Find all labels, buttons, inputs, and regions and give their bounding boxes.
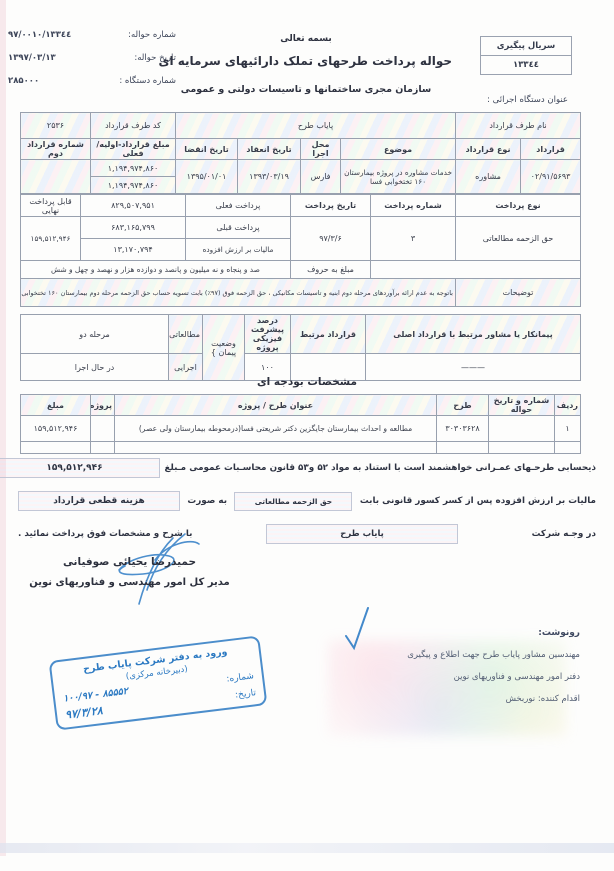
final-payable-value: ۱۵۹,۵۱۲,۹۴۶ (21, 217, 81, 261)
contract-second-no-value (21, 160, 91, 194)
payment-type-value: حق الزحمه مطالعاتی (456, 217, 581, 261)
current-payment-value: ۸۲۹,۵۰۷,۹۵۱ (81, 195, 186, 217)
page-title: حواله پرداخت طرحهای تملک دارائیهای سرمای… (160, 54, 452, 68)
stamp-number-label: شماره: (226, 671, 255, 684)
instruction-line1-pre: ذیحسابی طرحـهای عمـرانی خواهشمند است با … (164, 463, 596, 473)
party-name-value: پایاب طرح (176, 113, 456, 139)
vat-label: مالیات بر ارزش افزوده (186, 239, 291, 261)
budget-empty-3 (437, 442, 489, 454)
amount-words-spacer (371, 261, 581, 279)
payment-table: نوع پرداخت شماره پرداخت تاریخ پرداخت پرد… (20, 194, 581, 307)
device-number-row: شماره دستگاه : ۲۸۵۰۰۰ (8, 76, 176, 86)
voucher-date-value: ۱۳۹۷/۰۳/۱۳ (8, 53, 56, 63)
contract-expiry-header: تاریخ انقضا (176, 139, 238, 160)
tracking-serial-box: سریال پیگیری ۱۳۳٤٤ (480, 36, 572, 75)
contract-table: نام طرف قرارداد پایاب طرح کد طرف قرارداد… (20, 112, 581, 194)
pact-state-brace: { (211, 348, 216, 357)
status-table: پیمانکار یا مشاور مرتبط با قرارداد اصلی … (20, 314, 581, 381)
budget-empty-1 (555, 442, 581, 454)
contract-no-header: قرارداد (521, 139, 581, 160)
document-header: بسمه تعالی حواله پرداخت طرحهای تملک دارا… (160, 34, 452, 95)
contract-type-value: مشاوره (456, 160, 521, 194)
budget-section-title: مشخصات بودجه ای (0, 376, 614, 388)
budget-col-ref: شماره و تاریخ حواله (489, 395, 555, 416)
executive-agency-label: عنوان دستگاه اجرائی : (487, 95, 568, 105)
instruction-line3-pre: در وجـه شرکت (532, 529, 596, 539)
contract-amount-current: ۱,۱۹۴,۹۷۴,۸۶۰ (91, 177, 176, 194)
instruction-company-box: پایاب طرح (266, 524, 458, 544)
payment-no-header: شماره پرداخت (371, 195, 456, 217)
scanned-payment-voucher: { "colors": { "stamp_blue": "#2b79c2", "… (0, 0, 614, 871)
amount-words-value: صد و پنجاه و نه میلیون و پانصد و دوازده … (21, 261, 291, 279)
notes-label: توضیحات (456, 279, 581, 307)
signature-block: حمیدرضا یحیائی صوفیانی مدیر کل امور مهند… (22, 556, 237, 588)
party-name-label: نام طرف قرارداد (456, 113, 581, 139)
copy-line-1: مهندسین مشاور پایاب طرح جهت اطلاع و پیگی… (325, 650, 580, 660)
payment-no-value: ۳ (371, 217, 456, 261)
instruction-line2-pre: مالیات بر ارزش افزوده پس از کسر کسور قان… (360, 496, 596, 506)
instruction-expense-box: هزینه قطعی قرارداد (18, 491, 180, 511)
tracking-serial-value: ۱۳۳٤٤ (481, 56, 571, 74)
budget-col-row: ردیف (555, 395, 581, 416)
related-contractor-header: پیمانکار یا مشاور مرتبط با قرارداد اصلی (366, 315, 581, 354)
instruction-amount-box: ۱۵۹,۵۱۲,۹۴۶ (0, 458, 160, 478)
budget-col-amount: مبلغ (21, 395, 91, 416)
voucher-date-row: تاریخ حواله: ۱۳۹۷/۰۳/۱۳ (8, 53, 176, 63)
budget-empty-4 (115, 442, 437, 454)
bismillah-text: بسمه تعالی (160, 34, 452, 44)
budget-row-ref (489, 416, 555, 442)
contract-sign-date-value: ۱۳۹۳/۰۳/۱۹ (238, 160, 301, 194)
budget-row: ۱ ۳۰۳۰۳۶۲۸ مطالعه و احداث بیمارستان جایگ… (21, 416, 581, 442)
contract-location-value: فارس (301, 160, 341, 194)
contract-amount-header: مبلغ قرارداد-اولیه/فعلی (91, 139, 176, 160)
instruction-line2-mid: به صورت (187, 496, 227, 506)
amount-words-label: مبلغ به حروف (291, 261, 371, 279)
tracking-serial-label: سریال پیگیری (481, 37, 571, 56)
budget-row-amount: ۱۵۹,۵۱۲,۹۴۶ (21, 416, 91, 442)
stamp-date-value: ۹۷/۳/۲۸ (64, 704, 103, 721)
pact-state-label: وضعیت پیمان { (203, 315, 245, 381)
contract-subject-value: خدمات مشاوره در پروژه بیمارستان ۱۶۰ تختخ… (341, 160, 456, 194)
budget-row-project (91, 416, 115, 442)
scan-bottom-shadow (0, 843, 614, 853)
budget-empty-5 (91, 442, 115, 454)
budget-empty-6 (21, 442, 91, 454)
contract-amount-initial: ۱,۱۹۴,۹۷۴,۸۶۰ (91, 160, 176, 177)
previous-payment-value: ۶۸۳,۱۶۵,۷۹۹ (81, 217, 186, 239)
voucher-number-row: شماره حواله: ۹۷/۰۰۱۰/۱۳۳٤٤ (8, 30, 176, 40)
scan-edge-strip (0, 0, 6, 856)
budget-col-title: عنوان طرح / پروژه (115, 395, 437, 416)
budget-col-plan: طرح (437, 395, 489, 416)
payment-date-header: تاریخ پرداخت (291, 195, 371, 217)
contract-sign-date-header: تاریخ انعقاد (238, 139, 301, 160)
copy-line-2: دفتر امور مهندسی و فناوریهای نوین (325, 672, 580, 682)
office-entry-stamp: ورود به دفتر شرکت پایاب طرح (دبیرخانه مر… (49, 635, 268, 730)
budget-col-project: پروژه (91, 395, 115, 416)
final-payable-label: قابل پرداخت نهایی (21, 195, 81, 217)
budget-row-plan: ۳۰۳۰۳۶۲۸ (437, 416, 489, 442)
phase-value: مرحله دو (21, 315, 169, 354)
payment-type-header: نوع پرداخت (456, 195, 581, 217)
notes-value: باتوجه به عدم ارائه برآوردهای مرحله دوم … (21, 279, 456, 307)
contract-type-header: نوع قرارداد (456, 139, 521, 160)
party-code-label: کد طرف قرارداد (91, 113, 176, 139)
contract-second-no-header: شماره قرارداد دوم (21, 139, 91, 160)
contract-subject-header: موضوع (341, 139, 456, 160)
copy-line-3: اقدام کننده: نوربخش (325, 694, 580, 704)
instruction-line-2: مالیات بر ارزش افزوده پس از کسر کسور قان… (18, 491, 596, 511)
related-contract-header: قرارداد مرتبط (291, 315, 366, 354)
budget-table: ردیف شماره و تاریخ حواله طرح عنوان طرح /… (20, 394, 581, 454)
organization-name: سازمان مجری ساختمانها و تاسیسات دولتی و … (160, 84, 452, 95)
progress-header: درصد پیشرفت فیزیکی پروژه (245, 315, 291, 354)
budget-row-no: ۱ (555, 416, 581, 442)
signatory-name: حمیدرضا یحیائی صوفیانی (22, 556, 237, 568)
payment-date-value: ۹۷/۳/۶ (291, 217, 371, 261)
instruction-fee-box: حق الزحمه مطالعاتی (234, 492, 352, 511)
current-payment-label: پرداخت فعلی (186, 195, 291, 217)
voucher-number-value: ۹۷/۰۰۱۰/۱۳۳٤٤ (8, 30, 71, 40)
party-code-value: ۲۵۳۶ (21, 113, 91, 139)
signatory-title: مدیر کل امور مهندسی و فناوریهای نوین (22, 577, 237, 588)
contract-no-value: ۰۲/۹۱/۵۶۹۳ (521, 160, 581, 194)
stamp-date-label: تاریخ: (235, 688, 257, 700)
vat-value: ۱۳,۱۷۰,۷۹۴ (81, 239, 186, 261)
copy-distribution-block: رونوشت: مهندسین مشاور پایاب طرح جهت اطلا… (325, 628, 580, 704)
contract-location-header: محل اجرا (301, 139, 341, 160)
copy-label: رونوشت: (325, 628, 580, 638)
contract-expiry-value: ۱۳۹۵/۰۱/۰۱ (176, 160, 238, 194)
device-number-value: ۲۸۵۰۰۰ (8, 76, 39, 86)
voucher-reference-block: شماره حواله: ۹۷/۰۰۱۰/۱۳۳٤٤ تاریخ حواله: … (8, 30, 176, 99)
budget-empty-2 (489, 442, 555, 454)
budget-row-title: مطالعه و احداث بیمارستان جایگزین دکتر شر… (115, 416, 437, 442)
previous-payment-label: پرداخت قبلی (186, 217, 291, 239)
instruction-line-1: ذیحسابی طرحـهای عمـرانی خواهشمند است با … (18, 458, 596, 478)
state-study-label: مطالعاتی (169, 315, 203, 354)
